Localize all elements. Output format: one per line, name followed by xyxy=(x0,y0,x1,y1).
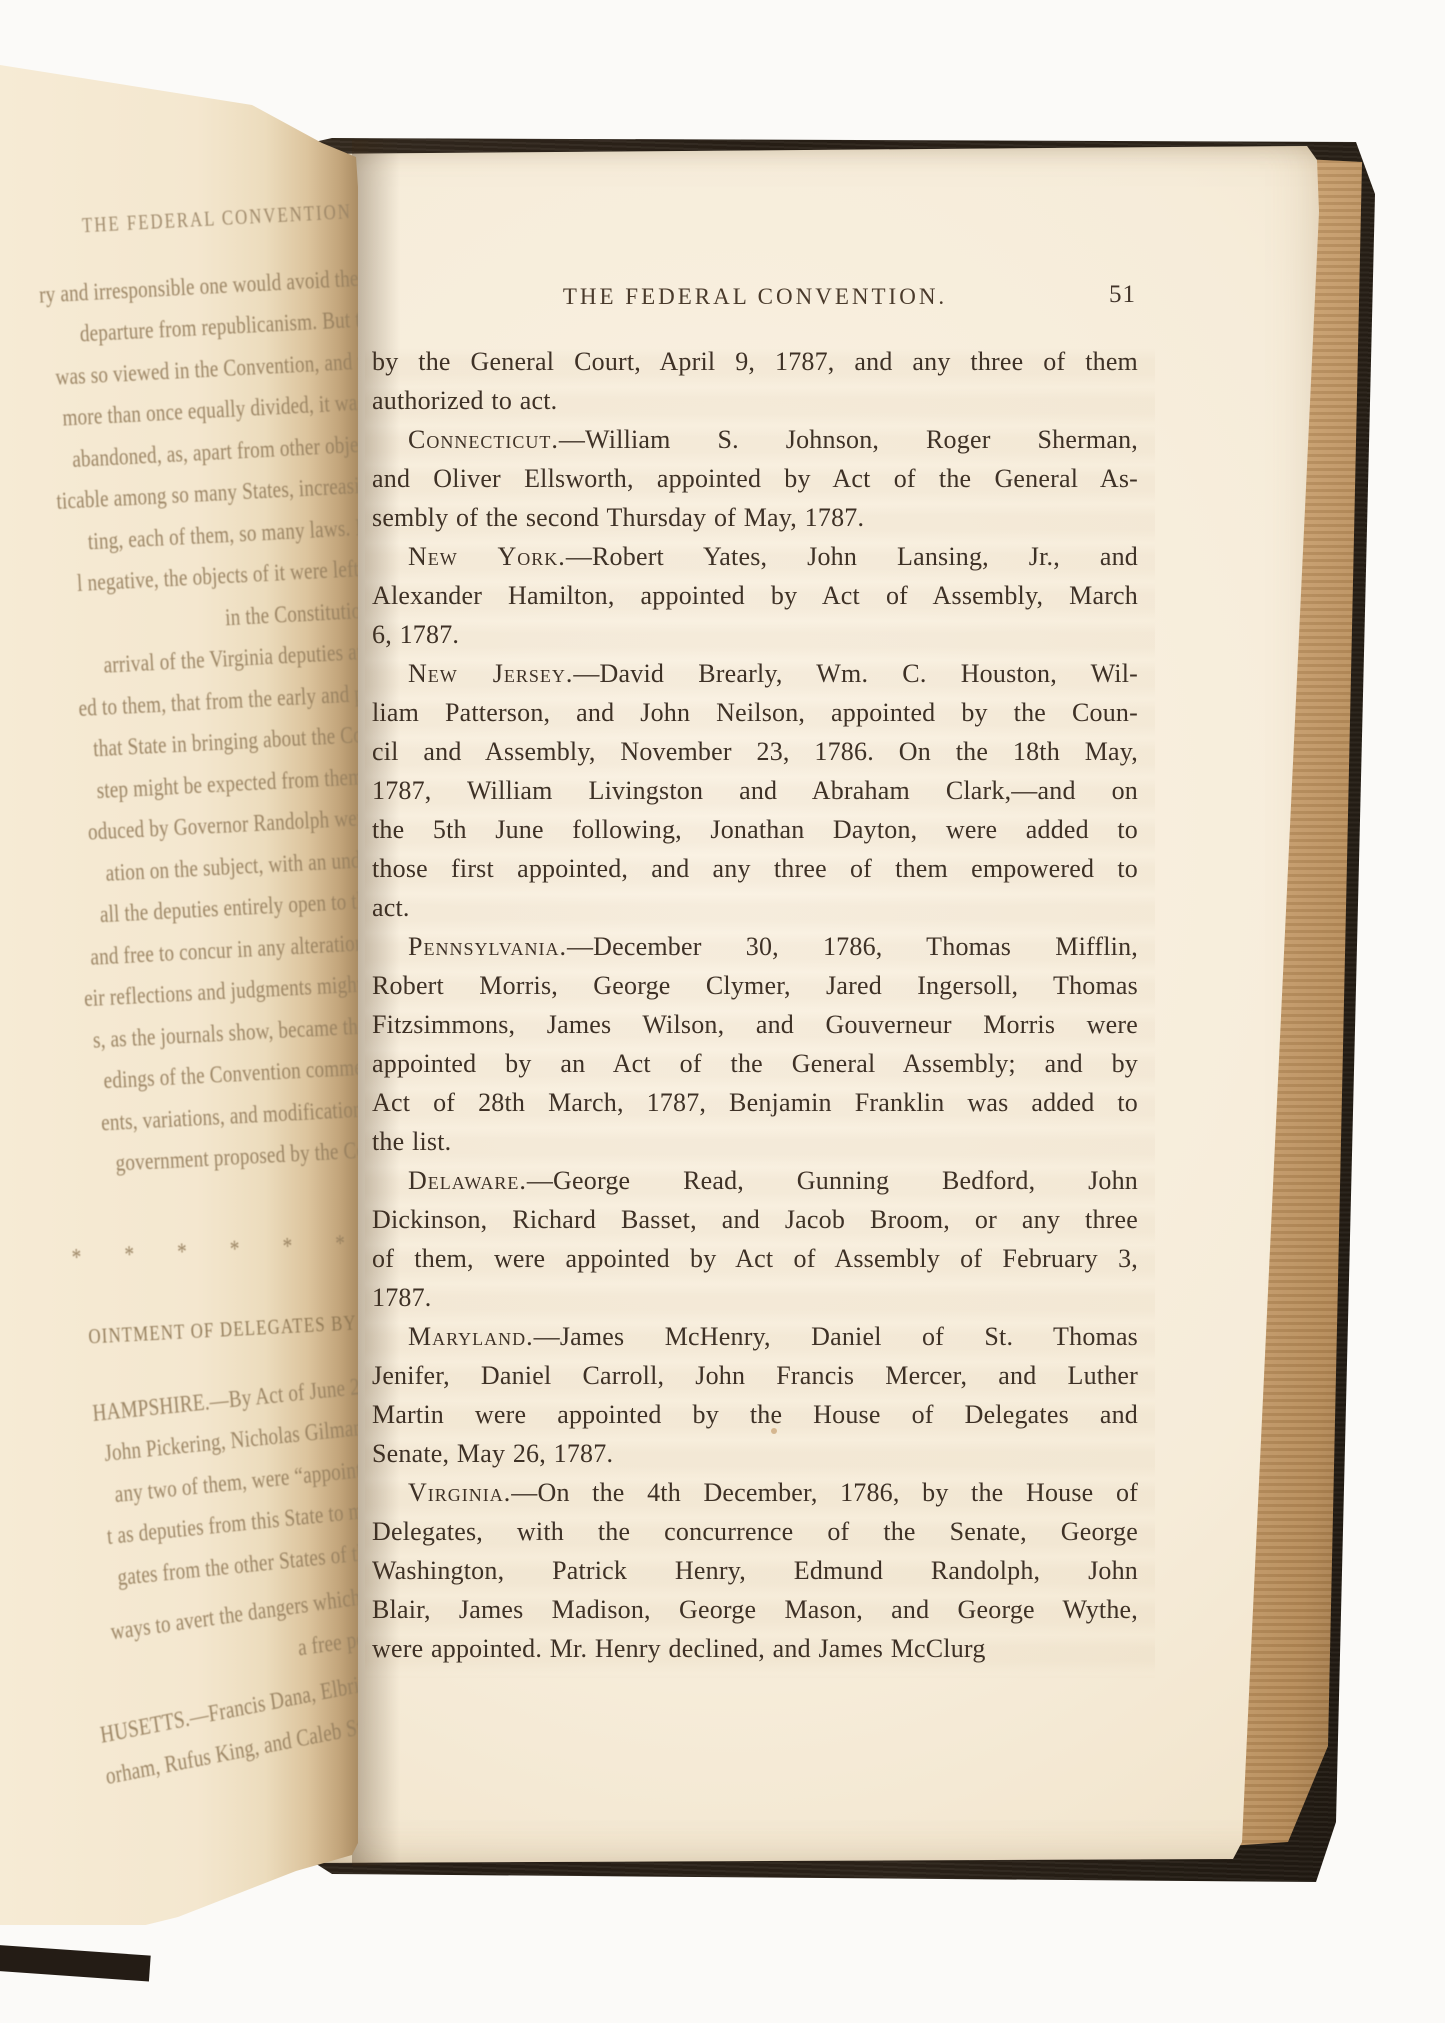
text-line: and Oliver Ellsworth, appointed by Act o… xyxy=(372,459,1138,498)
text-line: were appointed. Mr. Henry declined, and … xyxy=(372,1629,1138,1668)
text-line: Dickinson, Richard Basset, and Jacob Bro… xyxy=(372,1200,1138,1239)
text-line: Blair, James Madison, George Mason, and … xyxy=(372,1590,1138,1629)
book-photograph: { "colors": { "background": "#fbfaf8", "… xyxy=(0,0,1445,2023)
text-line: Connecticut.—William S. Johnson, Roger S… xyxy=(372,420,1138,459)
open-book: THE FEDERAL CONVENTION. 51 by the Genera… xyxy=(0,0,1445,2023)
text-line: act. xyxy=(372,888,1138,927)
text-line: Delaware.—George Read, Gunning Bedford, … xyxy=(372,1161,1138,1200)
text-line: appointed by an Act of the General Assem… xyxy=(372,1044,1138,1083)
text-line: Martin were appointed by the House of De… xyxy=(372,1395,1138,1434)
asterisk-separator: * * * * * * xyxy=(0,1220,410,1287)
text-line: 1787, William Livingston and Abraham Cla… xyxy=(372,771,1138,810)
text-line: Virginia.—On the 4th December, 1786, by … xyxy=(372,1473,1138,1512)
text-line: those first appointed, and any three of … xyxy=(372,849,1138,888)
running-title: THE FEDERAL CONVENTION. xyxy=(372,284,1138,310)
state-name: Delaware. xyxy=(408,1166,527,1195)
text-line: of them, were appointed by Act of Assemb… xyxy=(372,1239,1138,1278)
text-line: Act of 28th March, 1787, Benjamin Frankl… xyxy=(372,1083,1138,1122)
text-line: Robert Morris, George Clymer, Jared Inge… xyxy=(372,966,1138,1005)
state-name: Pennsylvania. xyxy=(408,932,567,961)
foxing-spot xyxy=(771,1428,777,1434)
text-line: sembly of the second Thursday of May, 17… xyxy=(372,498,1138,537)
left-page: THE FEDERAL CONVENTION ry and irresponsi… xyxy=(0,55,358,1925)
foxing-spot xyxy=(1397,474,1402,479)
text-line: Maryland.—James McHenry, Daniel of St. T… xyxy=(372,1317,1138,1356)
text-line: Pennsylvania.—December 30, 1786, Thomas … xyxy=(372,927,1138,966)
text-line: liam Patterson, and John Neilson, appoin… xyxy=(372,693,1138,732)
page-number: 51 xyxy=(1109,281,1136,309)
text-line: Alexander Hamilton, appointed by Act of … xyxy=(372,576,1138,615)
state-name: Virginia. xyxy=(408,1478,511,1507)
text-line: the 5th June following, Jonathan Dayton,… xyxy=(372,810,1138,849)
state-name: New Jersey. xyxy=(408,659,573,688)
state-name: Connecticut. xyxy=(408,425,559,454)
left-running-title: THE FEDERAL CONVENTION xyxy=(0,191,356,258)
right-page-lines: by the General Court, April 9, 1787, and… xyxy=(372,342,1138,1668)
text-line: by the General Court, April 9, 1787, and… xyxy=(372,342,1138,381)
text-line: 1787. xyxy=(372,1278,1138,1317)
text-line: the list. xyxy=(372,1122,1138,1161)
state-name: Maryland. xyxy=(408,1322,534,1351)
text-line: New Jersey.—David Brearly, Wm. C. Housto… xyxy=(372,654,1138,693)
cover-edge xyxy=(0,1944,151,1981)
text-line: cil and Assembly, November 23, 1786. On … xyxy=(372,732,1138,771)
text-line: Delegates, with the concurrence of the S… xyxy=(372,1512,1138,1551)
text-line: Washington, Patrick Henry, Edmund Randol… xyxy=(372,1551,1138,1590)
right-page: THE FEDERAL CONVENTION. 51 by the Genera… xyxy=(295,142,1335,1866)
page-header: THE FEDERAL CONVENTION. 51 xyxy=(372,284,1138,320)
text-line: New York.—Robert Yates, John Lansing, Jr… xyxy=(372,537,1138,576)
text-line: 6, 1787. xyxy=(372,615,1138,654)
text-line: Fitzsimmons, James Wilson, and Gouverneu… xyxy=(372,1005,1138,1044)
gutter-shadow xyxy=(352,140,400,1866)
text-line: authorized to act. xyxy=(372,381,1138,420)
text-line: Jenifer, Daniel Carroll, John Francis Me… xyxy=(372,1356,1138,1395)
state-name: New York. xyxy=(408,542,566,571)
text-line: Senate, May 26, 1787. xyxy=(372,1434,1138,1473)
section-heading-fragment: OINTMENT OF DELEGATES BY STA xyxy=(0,1299,414,1366)
